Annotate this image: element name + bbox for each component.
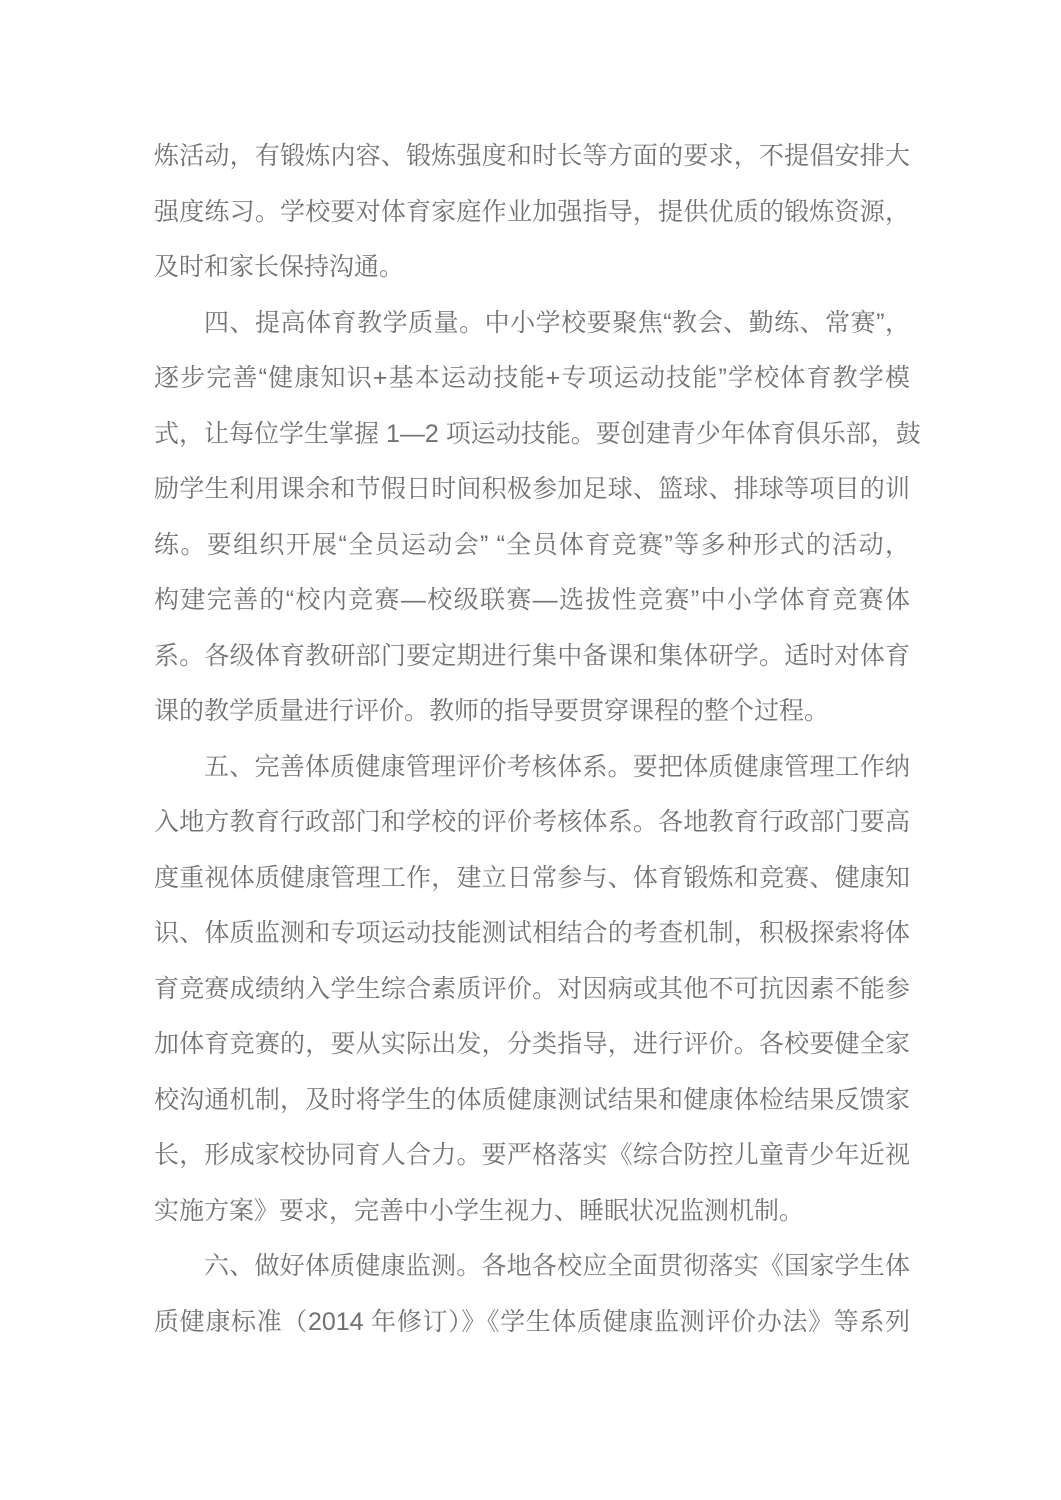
text-line: 系。各级体育教研部门要定期进行集中备课和集体研学。适时对体育 <box>154 629 910 685</box>
text-line: 度重视体质健康管理工作，建立日常参与、体育锻炼和竞赛、健康知 <box>154 851 910 907</box>
text-line: 质健康标准（2014 年修订）》《学生体质健康监测评价办法》等系列 <box>154 1295 910 1351</box>
text-line: 校沟通机制，及时将学生的体质健康测试结果和健康体检结果反馈家 <box>154 1073 910 1129</box>
text-line-section-5-heading: 五、完善体质健康管理评价考核体系。要把体质健康管理工作纳 <box>154 740 910 796</box>
text-line: 实施方案》要求，完善中小学生视力、睡眠状况监测机制。 <box>154 1184 910 1240</box>
document-page: 炼活动，有锻炼内容、锻炼强度和时长等方面的要求，不提倡安排大 强度练习。学校要对… <box>0 0 1061 1500</box>
text-line: 式，让每位学生掌握 1—2 项运动技能。要创建青少年体育俱乐部，鼓 <box>154 407 910 463</box>
document-text-block: 炼活动，有锻炼内容、锻炼强度和时长等方面的要求，不提倡安排大 强度练习。学校要对… <box>154 129 910 1350</box>
text-line: 课的教学质量进行评价。教师的指导要贯穿课程的整个过程。 <box>154 684 910 740</box>
text-line: 练。要组织开展“全员运动会” “全员体育竞赛”等多种形式的活动， <box>154 518 910 574</box>
text-line: 逐步完善“健康知识+基本运动技能+专项运动技能”学校体育教学模 <box>154 351 910 407</box>
text-line: 加体育竞赛的，要从实际出发，分类指导，进行评价。各校要健全家 <box>154 1017 910 1073</box>
text-line: 长，形成家校协同育人合力。要严格落实《综合防控儿童青少年近视 <box>154 1128 910 1184</box>
text-line: 构建完善的“校内竞赛—校级联赛—选拔性竞赛”中小学体育竞赛体 <box>154 573 910 629</box>
text-line: 炼活动，有锻炼内容、锻炼强度和时长等方面的要求，不提倡安排大 <box>154 129 910 185</box>
text-line: 识、体质监测和专项运动技能测试相结合的考查机制，积极探索将体 <box>154 906 910 962</box>
text-line-section-6-heading: 六、做好体质健康监测。各地各校应全面贯彻落实《国家学生体 <box>154 1239 910 1295</box>
text-line: 育竞赛成绩纳入学生综合素质评价。对因病或其他不可抗因素不能参 <box>154 962 910 1018</box>
text-line: 强度练习。学校要对体育家庭作业加强指导，提供优质的锻炼资源， <box>154 185 910 241</box>
text-line: 励学生利用课余和节假日时间积极参加足球、篮球、排球等项目的训 <box>154 462 910 518</box>
text-line: 入地方教育行政部门和学校的评价考核体系。各地教育行政部门要高 <box>154 795 910 851</box>
text-line: 及时和家长保持沟通。 <box>154 240 910 296</box>
text-line-section-4-heading: 四、提高体育教学质量。中小学校要聚焦“教会、勤练、常赛”， <box>154 296 910 352</box>
